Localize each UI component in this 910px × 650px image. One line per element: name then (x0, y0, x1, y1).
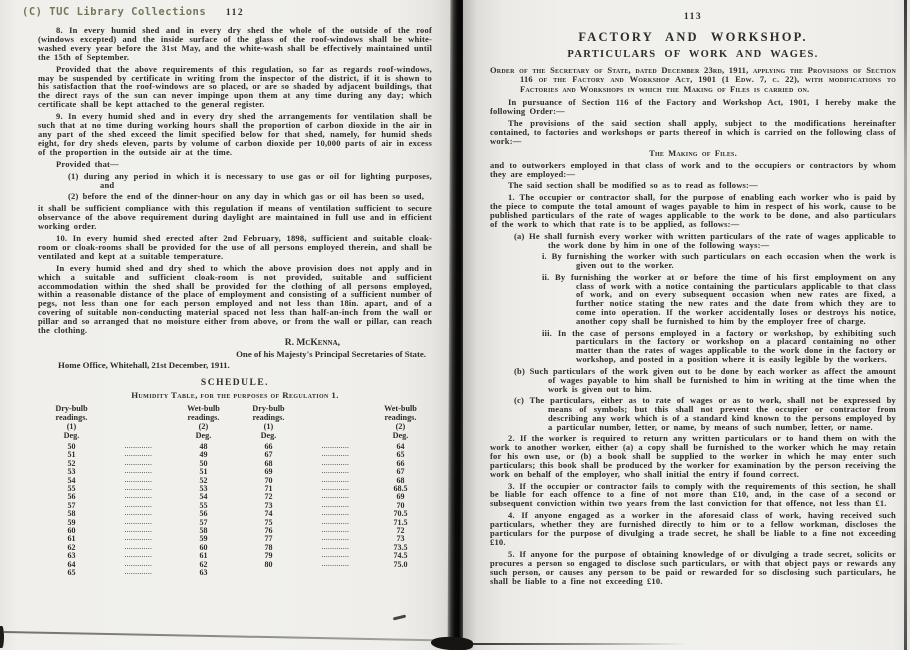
document-subtitle: PARTICULARS OF WORK AND WAGES. (490, 49, 896, 60)
proviso-2: (2) before the end of the dinner-hour on… (68, 192, 432, 201)
humidity-table: Dry-bulb readings. (1) Deg. Wet-bulb rea… (38, 404, 432, 578)
para-2: 2. If the worker is required to return a… (490, 434, 896, 479)
item-b: (b) Such particulars of the work given o… (514, 367, 896, 394)
col-header-spacer-2 (302, 404, 369, 443)
leader-dots: ............. (105, 443, 172, 451)
watermark-tuc-library: (C) TUC Library Collections (22, 6, 206, 18)
signature-name: R. McKenna, (38, 338, 432, 349)
humidity-table-row: 55.............5371.............68.5 (38, 485, 432, 493)
col-header-dry-1: Dry-bulb readings. (1) Deg. (38, 404, 105, 443)
leader-dots: ............. (105, 544, 172, 552)
leader-dots: ............. (302, 451, 369, 459)
item-c: (c) The particulars, either as to rate o… (514, 396, 896, 432)
page-number-right: 113 (490, 12, 896, 22)
reading-value: 63 (172, 569, 235, 577)
leader-dots: ............. (302, 527, 369, 535)
binding-foot-mark (431, 636, 473, 650)
page-113-content: 113 FACTORY AND WORKSHOP. PARTICULARS OF… (490, 12, 896, 589)
leader-dots: ............. (302, 468, 369, 476)
page-112-body: 8. In every humid shed and in every dry … (38, 26, 432, 335)
signature-place-date: Home Office, Whitehall, 21st December, 1… (38, 360, 432, 371)
leader-dots: ............. (105, 561, 172, 569)
para-10-continuation: In every humid shed and dry shed to whic… (38, 264, 432, 335)
humidity-table-row: 62.............6078.............73.5 (38, 544, 432, 552)
humidity-table-row: 63.............6179.............74.5 (38, 552, 432, 560)
leader-dots: ............. (105, 502, 172, 510)
humidity-table-row: 56.............5472.............69 (38, 493, 432, 501)
page-edge-line-right (463, 643, 688, 645)
leader-dots: ............. (302, 477, 369, 485)
leader-dots: ............. (105, 527, 172, 535)
leader-dots: ............. (302, 510, 369, 518)
humidity-table-row: 57.............5573.............70 (38, 502, 432, 510)
document-title: FACTORY AND WORKSHOP. (490, 30, 896, 45)
para-outworkers: and to outworkers employed in that class… (490, 161, 896, 179)
leader-dots: ............. (302, 443, 369, 451)
humidity-table-header-row: Dry-bulb readings. (1) Deg. Wet-bulb rea… (38, 404, 432, 443)
col-header-dry-2: Dry-bulb readings. (1) Deg. (235, 404, 302, 443)
leader-dots: ............. (105, 510, 172, 518)
para-9: 9. In every humid shed and in every dry … (38, 112, 432, 157)
scanned-book-spread: 112 8. In every humid shed and in every … (0, 0, 910, 650)
leader-dots: ............. (105, 535, 172, 543)
humidity-table-row: 53.............5169.............67 (38, 468, 432, 476)
leader-dots: ............. (302, 552, 369, 560)
signature-title: One of his Majesty's Principal Secretari… (38, 349, 432, 360)
col-header-spacer-1 (105, 404, 172, 443)
reading-value: 80 (235, 561, 302, 569)
page-113-body: Order of the Secretary of State, dated D… (490, 66, 896, 586)
para-modified: The said section shall be modified so as… (490, 181, 896, 190)
reading-value (369, 569, 432, 577)
humidity-table-row: 51.............4967.............65 (38, 451, 432, 459)
reading-value: 75.0 (369, 561, 432, 569)
humidity-table-row: 52.............5068.............66 (38, 460, 432, 468)
order-caption: Order of the Secretary of State, dated D… (490, 66, 896, 94)
col-header-wet-1: Wet-bulb readings. (2) Deg. (172, 404, 235, 443)
schedule-heading: SCHEDULE. (38, 378, 432, 388)
leader-dots: ............. (302, 519, 369, 527)
para-provisions: The provisions of the said section shall… (490, 119, 896, 146)
leader-dots: ............. (105, 460, 172, 468)
humidity-table-row: 60.............5876.............72 (38, 527, 432, 535)
leader-dots: ............. (302, 544, 369, 552)
leader-dots: ............. (302, 502, 369, 510)
col-header-wet-2: Wet-bulb readings. (2) Deg. (369, 404, 432, 443)
para-10: 10. In every humid shed erected after 2n… (38, 234, 432, 261)
page-113: 113 FACTORY AND WORKSHOP. PARTICULARS OF… (463, 0, 910, 650)
leader-dots: ............. (105, 493, 172, 501)
leader-dots: ............. (105, 552, 172, 560)
humidity-table-row: 64.............6280.............75.0 (38, 561, 432, 569)
leader-dots: ............. (302, 485, 369, 493)
leader-dots: ............. (302, 535, 369, 543)
page-112-content: 112 8. In every humid shed and in every … (38, 8, 432, 578)
para-8-proviso: Provided that the above requirements of … (38, 65, 432, 110)
para-compliance: it shall be sufficient compliance with t… (38, 204, 432, 231)
para-1: 1. The occupier or contractor shall, for… (490, 193, 896, 229)
leader-dots: ............. (105, 519, 172, 527)
page-edge-line-far-right (904, 0, 907, 650)
provided-heading: Provided that— (38, 160, 432, 169)
leader-dots: ............. (105, 451, 172, 459)
schedule-subheading: Humidity Table, for the purposes of Regu… (38, 390, 432, 400)
proviso-1: (1) during any period in which it is nec… (68, 172, 432, 190)
humidity-table-row: 65.............63 (38, 569, 432, 577)
item-a: (a) He shall furnish every worker with w… (514, 232, 896, 250)
leader-dots: ............. (105, 468, 172, 476)
reading-value: 65 (38, 569, 105, 577)
para-8: 8. In every humid shed and in every dry … (38, 26, 432, 62)
leader-dots: ............. (302, 460, 369, 468)
leader-dots: ............. (105, 477, 172, 485)
humidity-table-row: 58.............5674.............70.5 (38, 510, 432, 518)
item-a-ii: ii. By furnishing the worker at or befor… (542, 273, 896, 326)
humidity-table-body: 50.............4866.............6451....… (38, 443, 432, 578)
item-a-i: i. By furnishing the worker with such pa… (542, 252, 896, 270)
item-a-iii: iii. In the case of persons employed in … (542, 329, 896, 365)
making-of-files-heading: The Making of Files. (490, 149, 896, 158)
leader-dots: ............. (105, 485, 172, 493)
para-3: 3. If the occupier or contractor fails t… (490, 482, 896, 509)
leader-dots: ............. (105, 569, 172, 577)
leader-dots: ............. (302, 561, 369, 569)
para-5: 5. If anyone for the purpose of obtainin… (490, 550, 896, 586)
leader-dots (302, 569, 369, 577)
humidity-table-row: 61.............5977.............73 (38, 535, 432, 543)
humidity-table-row: 59.............5775.............71.5 (38, 519, 432, 527)
humidity-table-row: 54.............5270.............68 (38, 477, 432, 485)
humidity-table-row: 50.............4866.............64 (38, 443, 432, 451)
para-pursuance: In pursuance of Section 116 of the Facto… (490, 98, 896, 116)
page-112: 112 8. In every humid shed and in every … (0, 0, 450, 650)
para-4: 4. If anyone engaged as a worker in the … (490, 511, 896, 547)
reading-value (235, 569, 302, 577)
leader-dots: ............. (302, 493, 369, 501)
scan-edge-mark-left (0, 626, 4, 648)
